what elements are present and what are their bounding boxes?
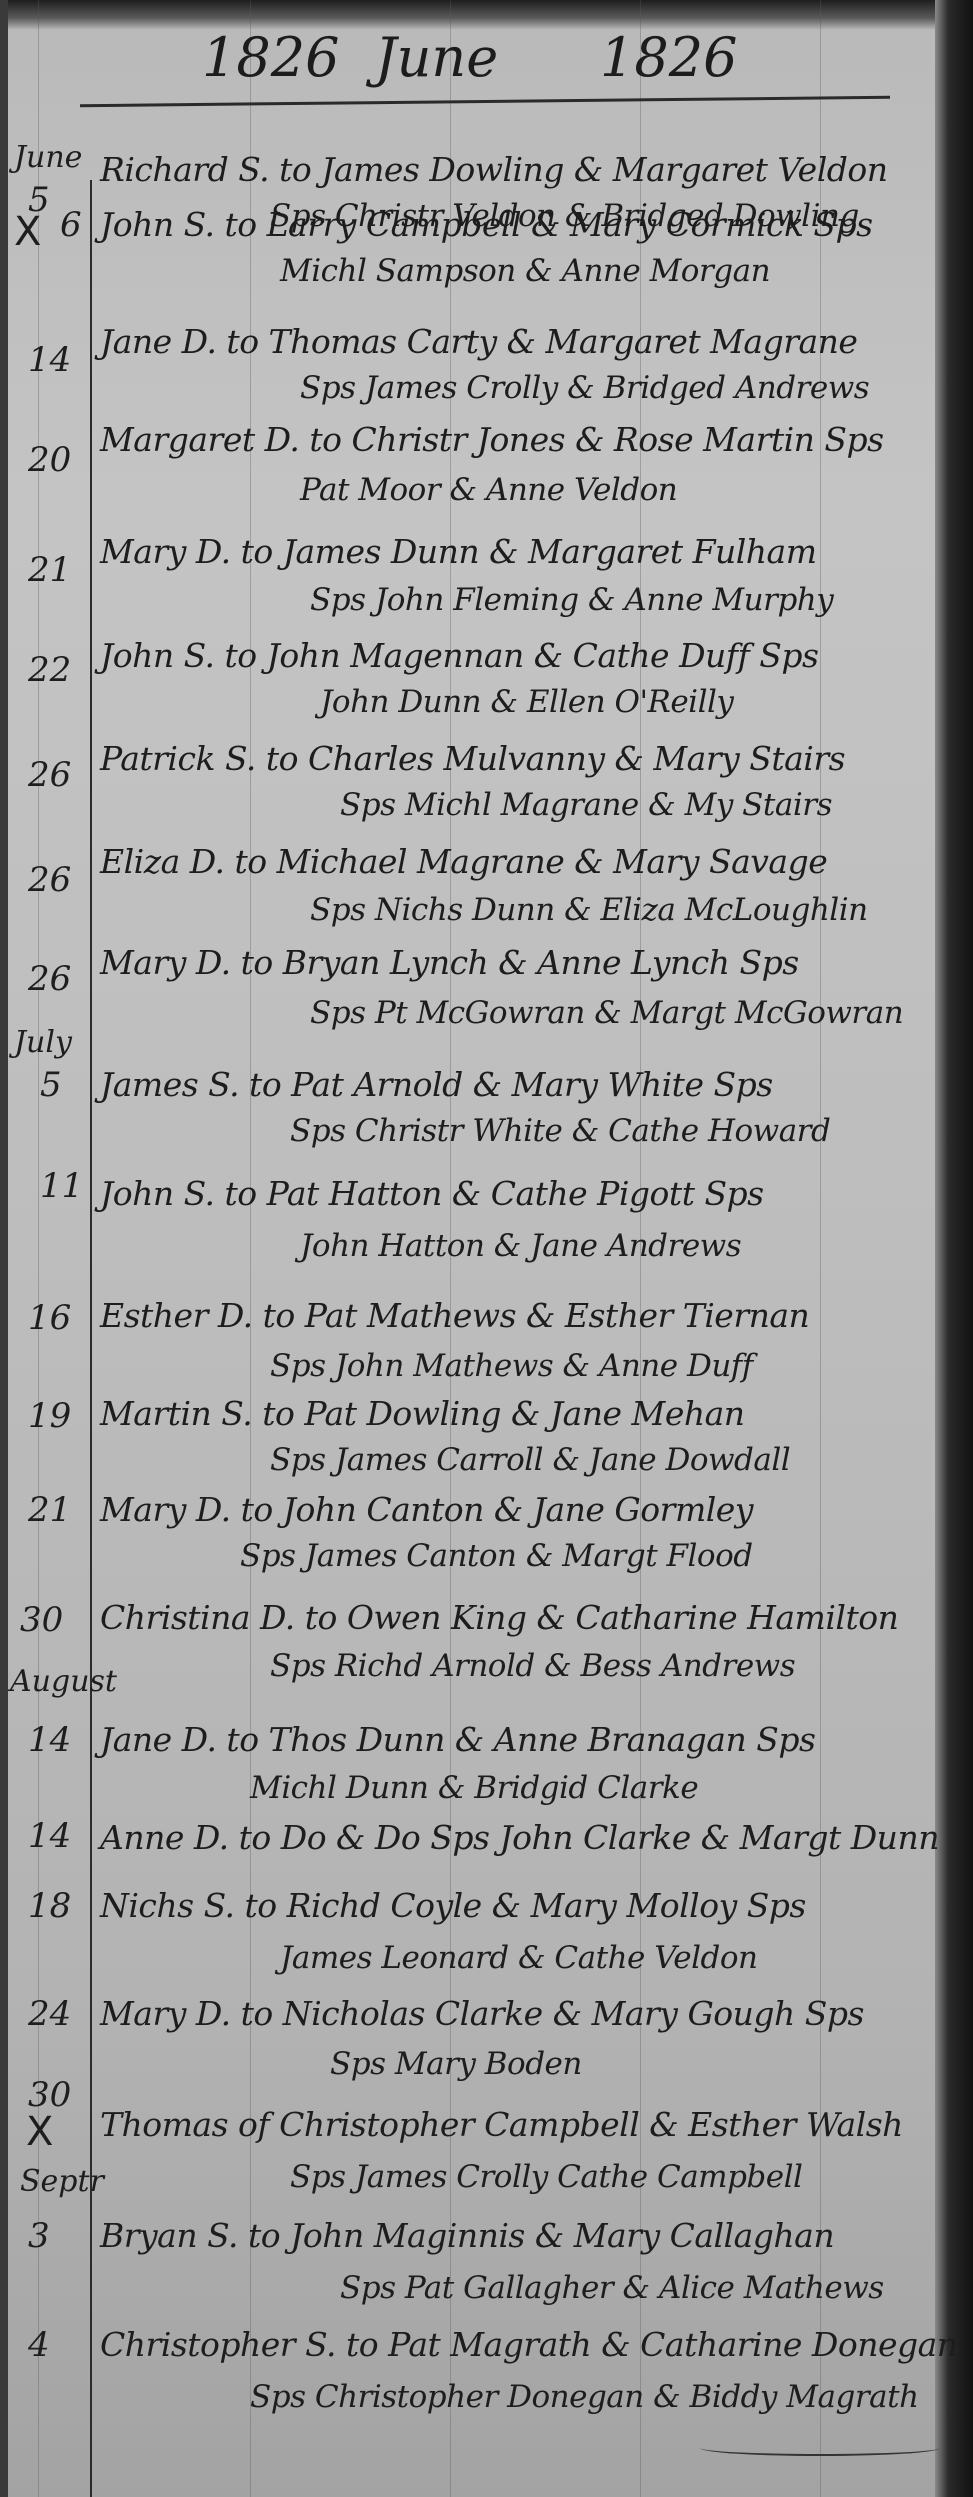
entry-day: 19 bbox=[28, 1396, 71, 1436]
cross-mark: X bbox=[14, 209, 41, 255]
entry-day: 18 bbox=[28, 1886, 71, 1926]
entry-line-1: Richard S. to James Dowling & Margaret V… bbox=[100, 150, 888, 189]
entry-line-2: Sps Christopher Donegan & Biddy Magrath bbox=[250, 2379, 919, 2415]
entry-line-1: Mary D. to John Canton & Jane Gormley bbox=[100, 1490, 753, 1529]
month-label: June bbox=[14, 140, 82, 175]
entry-line-2: Michl Sampson & Anne Morgan bbox=[280, 253, 770, 289]
entry-line-1: John S. to John Magennan & Cathe Duff Sp… bbox=[100, 636, 818, 675]
entry-day: 14 bbox=[28, 1816, 71, 1856]
entry-day: 3 bbox=[28, 2216, 50, 2256]
entry-line-1: Christina D. to Owen King & Catharine Ha… bbox=[100, 1598, 898, 1637]
entry-line-1: Eliza D. to Michael Magrane & Mary Savag… bbox=[100, 842, 827, 881]
entry-day: 16 bbox=[28, 1298, 71, 1338]
entry-line-1: Mary D. to Bryan Lynch & Anne Lynch Sps bbox=[100, 943, 799, 982]
date-margin-rule bbox=[90, 180, 92, 2497]
entry-line-2: Sps John Mathews & Anne Duff bbox=[270, 1348, 753, 1384]
entry-line-2: Sps James Carroll & Jane Dowdall bbox=[270, 1442, 790, 1478]
entry-line-1: James S. to Pat Arnold & Mary White Sps bbox=[100, 1065, 773, 1104]
entry-line-1: Mary D. to Nicholas Clarke & Mary Gough … bbox=[100, 1994, 864, 2033]
entry-day: 5 bbox=[40, 1065, 62, 1105]
page-right-edge bbox=[935, 0, 973, 2497]
entry-day: 22 bbox=[28, 650, 71, 690]
header-year-left: 1826 bbox=[202, 26, 339, 89]
header-year-right: 1826 bbox=[600, 26, 737, 89]
entry-line-1: Nichs S. to Richd Coyle & Mary Molloy Sp… bbox=[100, 1886, 806, 1925]
entry-day: 30 bbox=[20, 1600, 63, 1640]
entry-line-1: John S. to Pat Hatton & Cathe Pigott Sps bbox=[100, 1174, 764, 1213]
entry-line-1: Jane D. to Thomas Carty & Margaret Magra… bbox=[100, 322, 857, 361]
entry-line-2: Sps Richd Arnold & Bess Andrews bbox=[270, 1648, 795, 1684]
entry-line-1: Christopher S. to Pat Magrath & Catharin… bbox=[100, 2325, 958, 2364]
entry-day: 26 bbox=[28, 860, 71, 900]
entry-day: 4 bbox=[28, 2325, 50, 2365]
entry-line-2: Sps Mary Boden bbox=[330, 2046, 582, 2082]
entry-line-2: Sps Nichs Dunn & Eliza McLoughlin bbox=[310, 892, 868, 928]
entry-day: 21 bbox=[28, 550, 71, 590]
entry-line-1: Margaret D. to Christr Jones & Rose Mart… bbox=[100, 420, 884, 459]
entry-line-1: Martin S. to Pat Dowling & Jane Mehan bbox=[100, 1394, 745, 1433]
entry-line-2: Sps Pat Gallagher & Alice Mathews bbox=[340, 2270, 884, 2306]
month-label: August bbox=[10, 1664, 117, 1699]
entry-line-2: Sps James Crolly & Bridged Andrews bbox=[300, 370, 869, 406]
cross-mark: X bbox=[26, 2109, 53, 2155]
entry-day: 14 bbox=[28, 1720, 71, 1760]
entry-line-2: James Leonard & Cathe Veldon bbox=[280, 1940, 758, 1976]
entry-line-2: Sps James Canton & Margt Flood bbox=[240, 1538, 753, 1574]
entry-line-1: Anne D. to Do & Do Sps John Clarke & Mar… bbox=[100, 1818, 939, 1857]
entry-day: 26 bbox=[28, 755, 71, 795]
entry-line-2: Pat Moor & Anne Veldon bbox=[300, 472, 677, 508]
entry-line-2: Sps John Fleming & Anne Murphy bbox=[310, 582, 833, 618]
entry-line-1: Mary D. to James Dunn & Margaret Fulham bbox=[100, 532, 817, 571]
month-label: Septr bbox=[20, 2164, 104, 2199]
entry-day: 26 bbox=[28, 959, 71, 999]
entry-day: 14 bbox=[28, 340, 71, 380]
closing-flourish bbox=[700, 2440, 940, 2456]
entry-day: 24 bbox=[28, 1994, 71, 2034]
entry-line-2: Sps Christr White & Cathe Howard bbox=[290, 1113, 830, 1149]
page-left-edge bbox=[0, 0, 8, 2497]
entry-line-2: John Dunn & Ellen O'Reilly bbox=[320, 684, 733, 720]
entry-line-1: Patrick S. to Charles Mulvanny & Mary St… bbox=[100, 739, 845, 778]
entry-day: 20 bbox=[28, 440, 71, 480]
header-month: June bbox=[375, 26, 498, 89]
entry-line-1: Bryan S. to John Maginnis & Mary Callagh… bbox=[100, 2216, 834, 2255]
entry-day: 11 bbox=[40, 1166, 83, 1206]
month-label: July bbox=[14, 1025, 72, 1060]
entry-line-1: Thomas of Christopher Campbell & Esther … bbox=[100, 2105, 903, 2144]
entry-line-1: Esther D. to Pat Mathews & Esther Tierna… bbox=[100, 1296, 809, 1335]
page-header: 1826 June 1826 bbox=[200, 12, 900, 122]
entry-day: 21 bbox=[28, 1490, 71, 1530]
entry-line-1: John S. to Larry Campbell & Mary Cormick… bbox=[100, 205, 873, 244]
entry-line-2: John Hatton & Jane Andrews bbox=[300, 1228, 741, 1264]
entry-line-2: Sps Pt McGowran & Margt McGowran bbox=[310, 995, 903, 1031]
register-page: 1826 June 1826 June 5 Richard S. to Jame… bbox=[0, 0, 973, 2497]
entry-line-1: Jane D. to Thos Dunn & Anne Branagan Sps bbox=[100, 1720, 815, 1759]
entry-line-2: Michl Dunn & Bridgid Clarke bbox=[250, 1770, 698, 1806]
entry-day: 6 bbox=[60, 205, 82, 245]
entry-line-2: Sps Michl Magrane & My Stairs bbox=[340, 787, 832, 823]
entry-line-2: Sps James Crolly Cathe Campbell bbox=[290, 2159, 802, 2195]
